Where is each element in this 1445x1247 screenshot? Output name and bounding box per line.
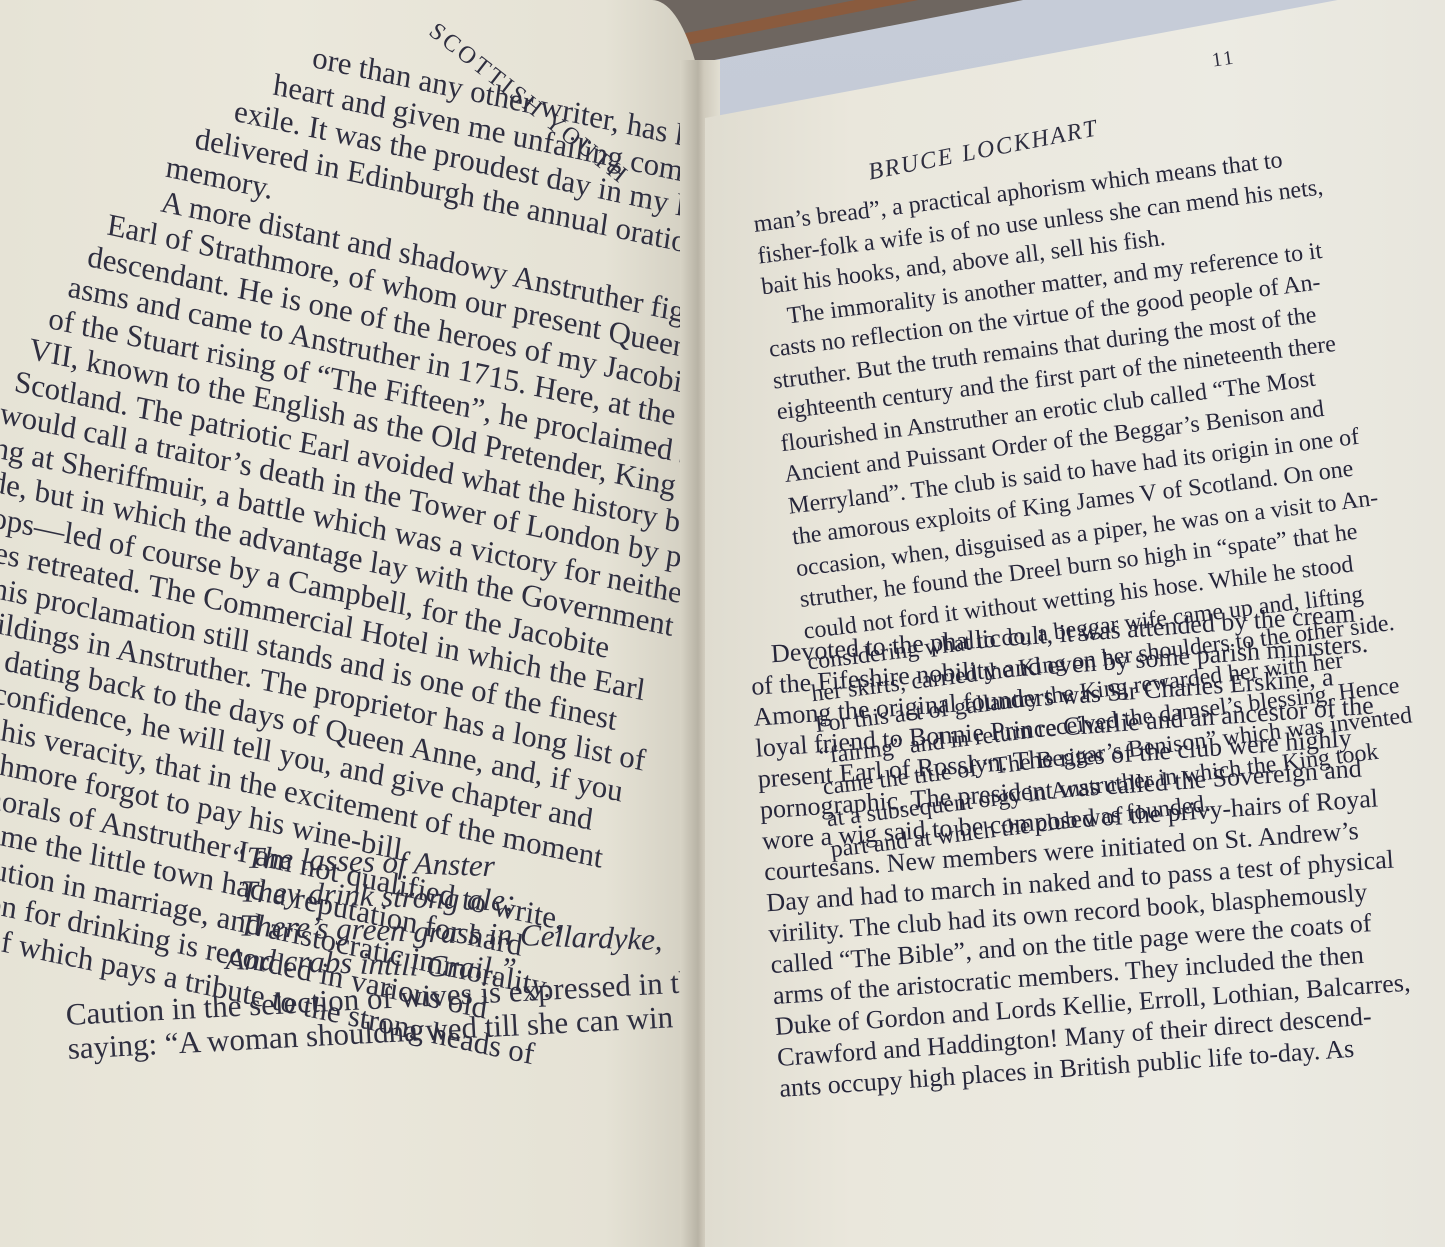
right-page-lower-body: Devoted to the phallic cult, it was atte… bbox=[748, 597, 1399, 1104]
book-photo: SCOTTISH YOUTH ore than any other writer… bbox=[0, 0, 1445, 1247]
page-number: 11 bbox=[1211, 46, 1237, 72]
left-page: SCOTTISH YOUTH ore than any other writer… bbox=[0, 0, 712, 1247]
